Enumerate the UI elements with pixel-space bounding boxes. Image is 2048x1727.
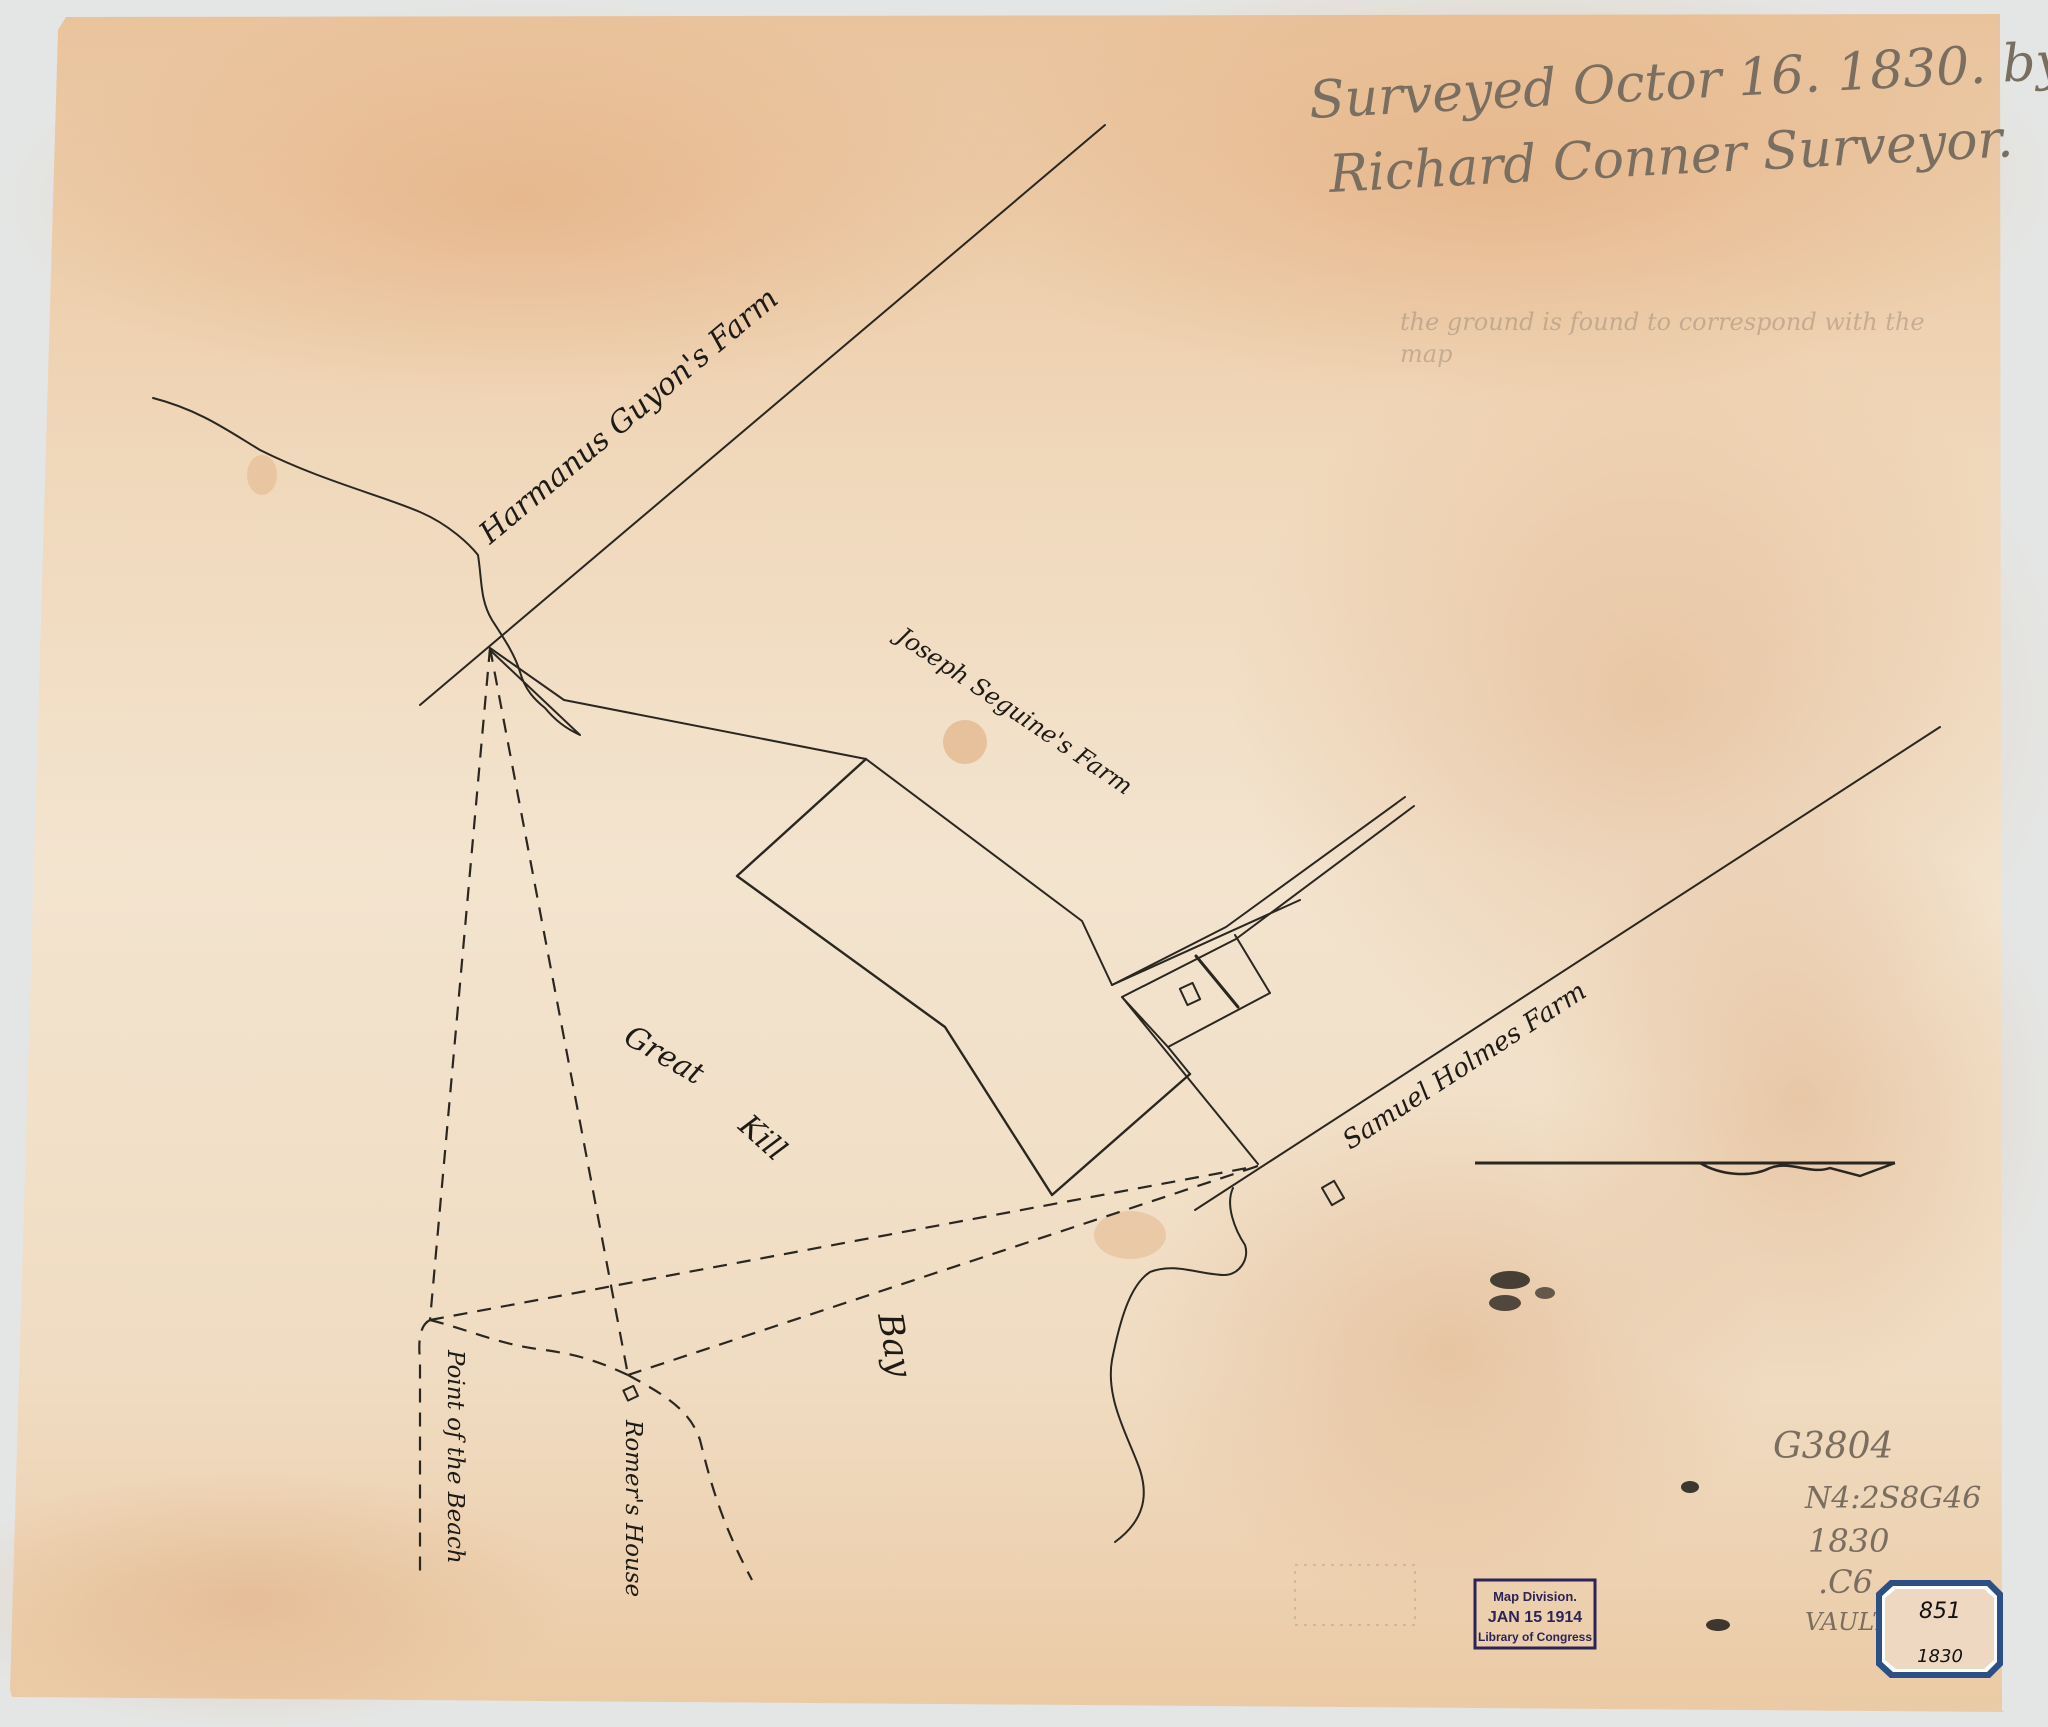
label-point-of-the-beach: Point of the Beach — [442, 1349, 468, 1564]
faint-note-line-1: the ground is found to correspond with t… — [1400, 308, 1925, 336]
tag-year: 1830 — [1917, 1646, 1963, 1667]
paper — [0, 0, 2048, 1727]
faint-note-line-2: map — [1400, 340, 1452, 368]
call-number-line-4: .C6 — [1818, 1563, 1873, 1601]
call-number-line-2: N4:2S8G46 — [1804, 1481, 1981, 1516]
catalog-tag: 851 1830 — [1876, 1580, 2003, 1678]
tag-number: 851 — [1919, 1599, 1961, 1624]
stamp-line-1: Map Division. — [1493, 1589, 1577, 1604]
label-romers-house: Romer's House — [620, 1419, 646, 1597]
call-number-line-3: 1830 — [1808, 1522, 1889, 1560]
call-number-line-1: G3804 — [1773, 1426, 1893, 1467]
map-sheet: Surveyed Octor 16. 1830. by Richard Conn… — [0, 0, 2048, 1727]
stamp-line-2: JAN 15 1914 — [1488, 1609, 1582, 1626]
stamp-line-3: Library of Congress — [1478, 1630, 1592, 1644]
